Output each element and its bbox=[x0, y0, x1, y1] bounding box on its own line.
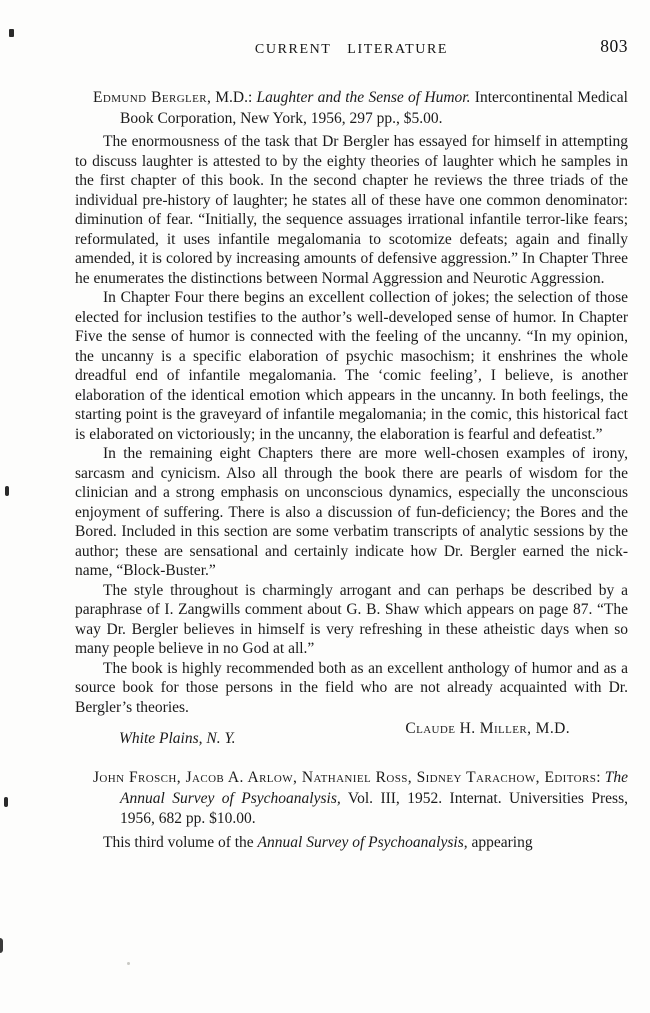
book-citation: Edmund Bergler, M.D.: Laughter and the S… bbox=[75, 88, 628, 129]
page-header: CURRENT LITERATURE 803 bbox=[75, 40, 628, 64]
review-paragraph: In Chapter Four there begins an excellen… bbox=[75, 288, 628, 444]
scan-artifact-mark bbox=[9, 29, 14, 37]
review-paragraph: This third volume of the Annual Survey o… bbox=[75, 833, 628, 853]
running-head-title: CURRENT LITERATURE bbox=[75, 40, 628, 60]
book-review-entry-annual-survey: John Frosch, Jacob A. Arlow, Nathaniel R… bbox=[75, 768, 628, 852]
book-citation: John Frosch, Jacob A. Arlow, Nathaniel R… bbox=[75, 768, 628, 830]
book-review-entry-bergler: Edmund Bergler, M.D.: Laughter and the S… bbox=[75, 88, 628, 753]
scan-artifact-mark bbox=[127, 962, 130, 965]
scan-artifact-mark bbox=[4, 797, 8, 807]
scan-artifact-mark bbox=[5, 486, 9, 496]
scan-artifact-mark bbox=[0, 938, 3, 953]
review-paragraph: In the remaining eight Chapters there ar… bbox=[75, 444, 628, 581]
reviewer-signature: Claude H. Miller, M.D. White Plains, N. … bbox=[75, 719, 628, 753]
review-paragraph: The style throughout is charmingly arrog… bbox=[75, 581, 628, 659]
reviewer-name: Claude H. Miller, M.D. bbox=[405, 719, 570, 739]
reviewer-location: White Plains, N. Y. bbox=[119, 729, 236, 749]
review-paragraph: The book is highly recommended both as a… bbox=[75, 659, 628, 718]
page-content: CURRENT LITERATURE 803 Edmund Bergler, M… bbox=[75, 40, 628, 852]
review-paragraph: The enormousness of the task that Dr Ber… bbox=[75, 132, 628, 288]
page-number: 803 bbox=[600, 37, 628, 57]
